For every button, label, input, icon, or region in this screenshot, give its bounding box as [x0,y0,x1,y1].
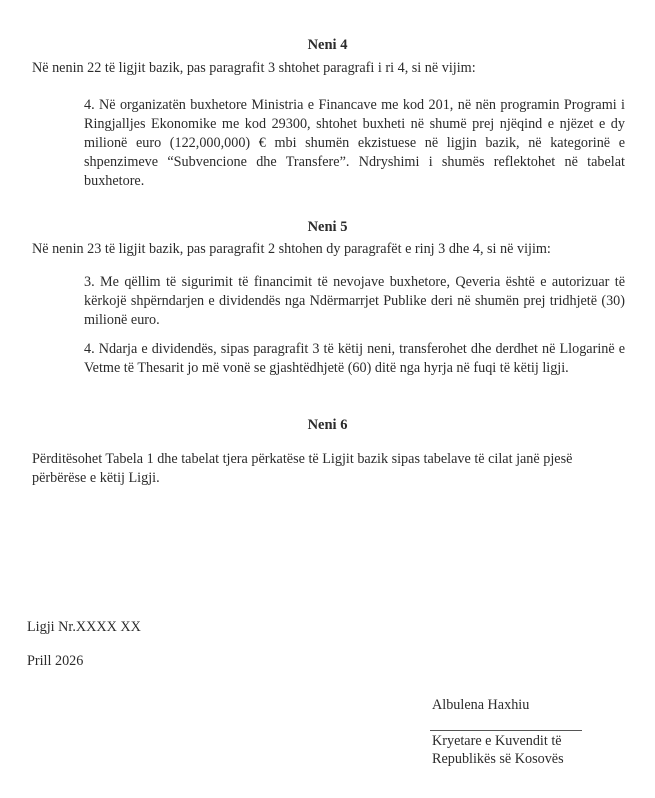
article-6-heading: Neni 6 [0,416,655,435]
article-4-intro: Në nenin 22 të ligjit bazik, pas paragra… [32,59,632,78]
article-4-heading: Neni 4 [0,36,655,55]
article-5-heading: Neni 5 [0,218,655,237]
law-number: Ligji Nr.XXXX XX [27,618,141,637]
signature-line [430,730,582,731]
article-5-paragraph-4: 4. Ndarja e dividendës, sipas paragrafit… [84,340,625,378]
article-5-paragraph-3: 3. Me qëllim të sigurimit të financimit … [84,273,625,330]
law-date: Prill 2026 [27,652,83,671]
article-6-text: Përditësohet Tabela 1 dhe tabelat tjera … [32,450,624,488]
article-5-intro: Në nenin 23 të ligjit bazik, pas paragra… [32,240,632,259]
article-4-paragraph-4: 4. Në organizatën buxhetore Ministria e … [84,96,625,191]
signatory-name: Albulena Haxhiu [432,696,529,715]
signatory-title-line2: Republikës së Kosovës [432,750,564,769]
signatory-title-line1: Kryetare e Kuvendit të [432,732,562,751]
